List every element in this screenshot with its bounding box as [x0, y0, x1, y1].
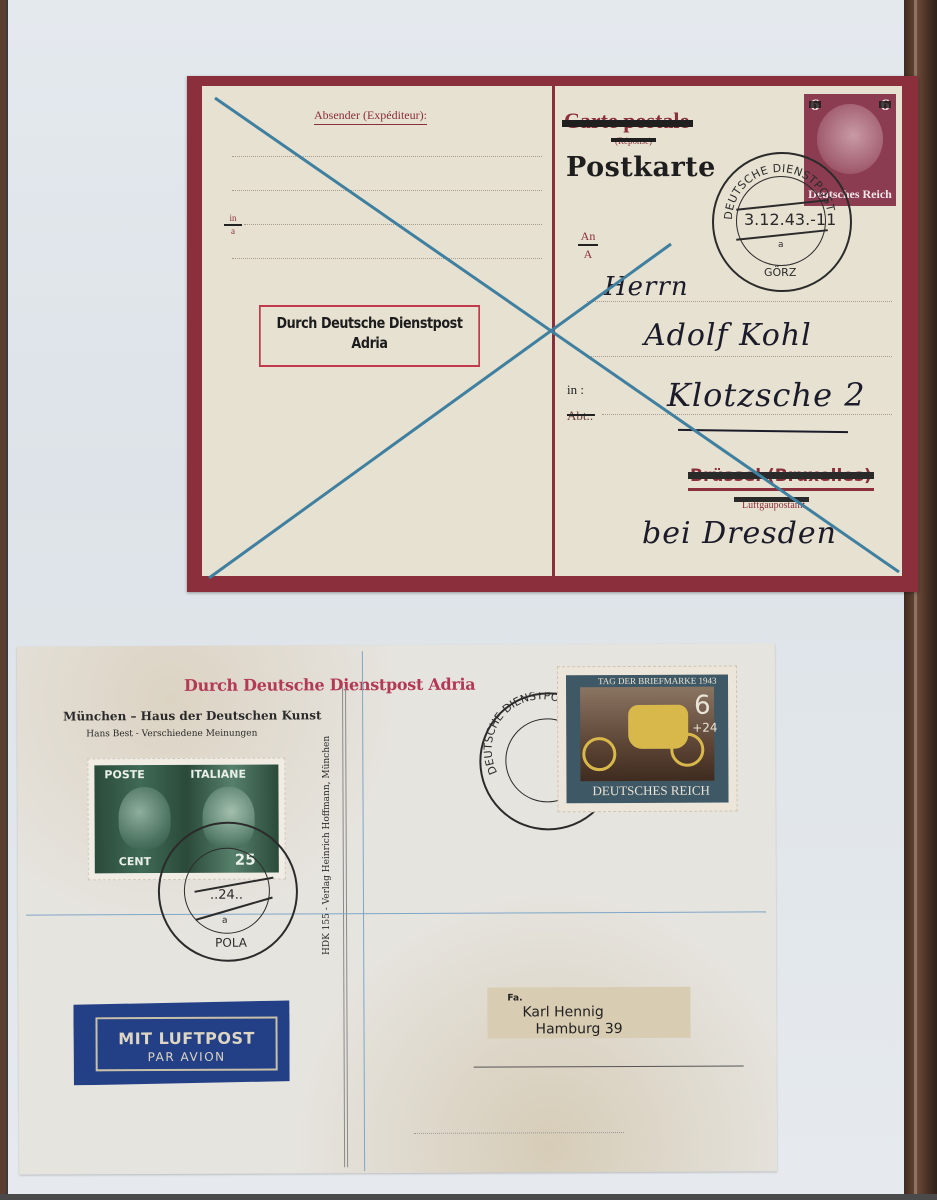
handwritten-salutation: Herrn	[604, 272, 689, 302]
handwritten-underline	[678, 429, 848, 433]
address-line	[602, 414, 892, 415]
postcard-divider	[552, 86, 555, 576]
handwritten-town: Klotzsche 2	[667, 376, 866, 414]
address-underline	[474, 1065, 744, 1067]
sender-line	[244, 224, 542, 225]
crossed-out-subtitle: (Réponse)	[615, 136, 652, 146]
postmark-pola: ..24.. a POLA	[158, 821, 299, 962]
postmark-city: GÖRZ	[764, 266, 796, 279]
top-postcard-body: Absender (Expéditeur): in a Durch Deutsc…	[202, 86, 902, 576]
crossed-out-office: Luftgaupostamt	[742, 500, 805, 511]
publisher-imprint: HDK 155 - Verlag Heinrich Hoffmann, Münc…	[322, 736, 332, 955]
postmark-date: ..24..	[210, 888, 243, 903]
route-box: Durch Deutsche Dienstpost Adria	[259, 305, 480, 367]
to-label: An A	[578, 230, 598, 260]
postmark-gorz: DEUTSCHE DIENSTPOST ADRIA 3.12.43.-11 a …	[712, 152, 852, 292]
postmark-city: POLA	[215, 936, 247, 950]
airmail-label: MIT LUFTPOST PAR AVION	[73, 1000, 289, 1085]
sender-label: Absender (Expéditeur):	[314, 108, 427, 125]
address-line	[587, 356, 892, 357]
postmark-date: 3.12.43.-11	[744, 210, 836, 229]
top-postcard: Absender (Expéditeur): in a Durch Deutsc…	[187, 76, 918, 592]
blue-ruled-line	[26, 911, 766, 915]
card-title: München – Haus der Deutschen Kunst	[63, 708, 321, 723]
card-subtitle: Hans Best - Verschiedene Meinungen	[86, 729, 257, 740]
crossed-out-title: Carte postale	[564, 108, 689, 134]
bottom-postcard: Durch Deutsche Dienstpost Adria München …	[17, 643, 777, 1174]
blue-ruled-line	[362, 651, 365, 1171]
sender-in-label: in a	[224, 214, 242, 236]
sender-line	[232, 190, 542, 191]
crossed-out-city: Brüssel (Bruxelles)	[690, 466, 872, 486]
page-bottom-edge	[0, 1194, 937, 1200]
crossed-out-abt-label: Abt.:	[567, 408, 593, 424]
postcard-title: Postkarte	[566, 152, 716, 183]
recipient-name: Karl Hennig	[522, 1004, 603, 1020]
handwritten-name: Adolf Kohl	[644, 318, 812, 353]
recipient-city: Hamburg 39	[535, 1021, 622, 1037]
in-label: in :	[567, 382, 584, 398]
handwritten-region: bei Dresden	[642, 516, 837, 551]
sender-line	[232, 258, 542, 259]
german-stamp: TAG DER BRIEFMARKE 1943 6 +24 DEUTSCHES …	[557, 666, 738, 813]
address-label: Fa. Karl Hennig Hamburg 39	[487, 987, 690, 1039]
sender-line	[232, 156, 542, 157]
service-stamp: Durch Deutsche Dienstpost Adria	[184, 675, 475, 695]
